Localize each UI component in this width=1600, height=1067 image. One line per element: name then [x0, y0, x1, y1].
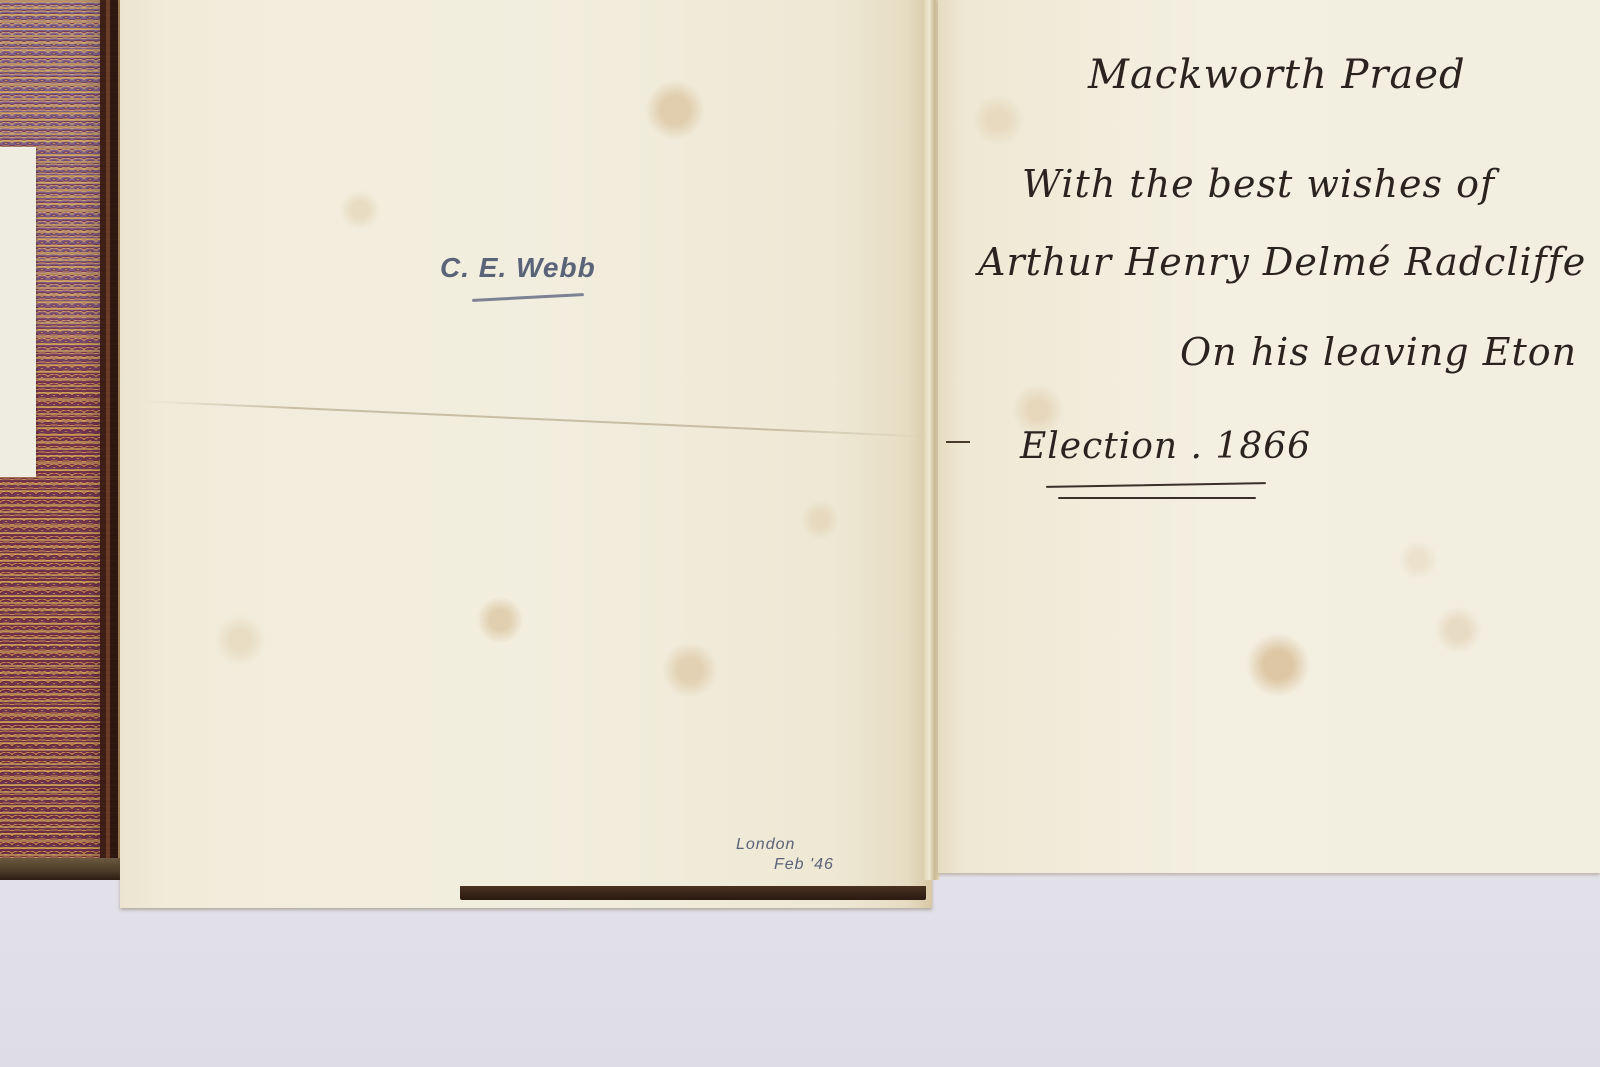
owner-signature-underline — [472, 293, 584, 302]
inscription-date-underline-2 — [1058, 497, 1256, 499]
left-flyleaf-page: C. E. Webb London Feb '46 — [120, 0, 932, 908]
owner-signature: C. E. Webb — [440, 252, 596, 284]
inscription-occasion: On his leaving Eton — [1180, 330, 1577, 374]
board-bottom-edge — [0, 858, 122, 880]
margin-dash-mark — [946, 441, 970, 443]
page-block-bottom-edge — [460, 886, 926, 900]
inscription-date: Election . 1866 — [1020, 426, 1311, 467]
inscription-recipient: Mackworth Praed — [1088, 52, 1466, 98]
inscription-giver: Arthur Henry Delmé Radcliffe — [978, 240, 1586, 284]
inscription-greeting: With the best wishes of — [1022, 162, 1495, 206]
page-fold-crease — [140, 400, 929, 438]
inscription-date-underline-1 — [1046, 482, 1266, 488]
bottom-note-date: Feb '46 — [774, 856, 834, 874]
book-photograph: C. E. Webb London Feb '46 Mackworth Prae… — [0, 0, 1600, 1067]
right-flyleaf-page: Mackworth Praed With the best wishes of … — [938, 0, 1600, 873]
bottom-note-place: London — [736, 836, 795, 854]
bookplate-edge — [0, 147, 36, 477]
